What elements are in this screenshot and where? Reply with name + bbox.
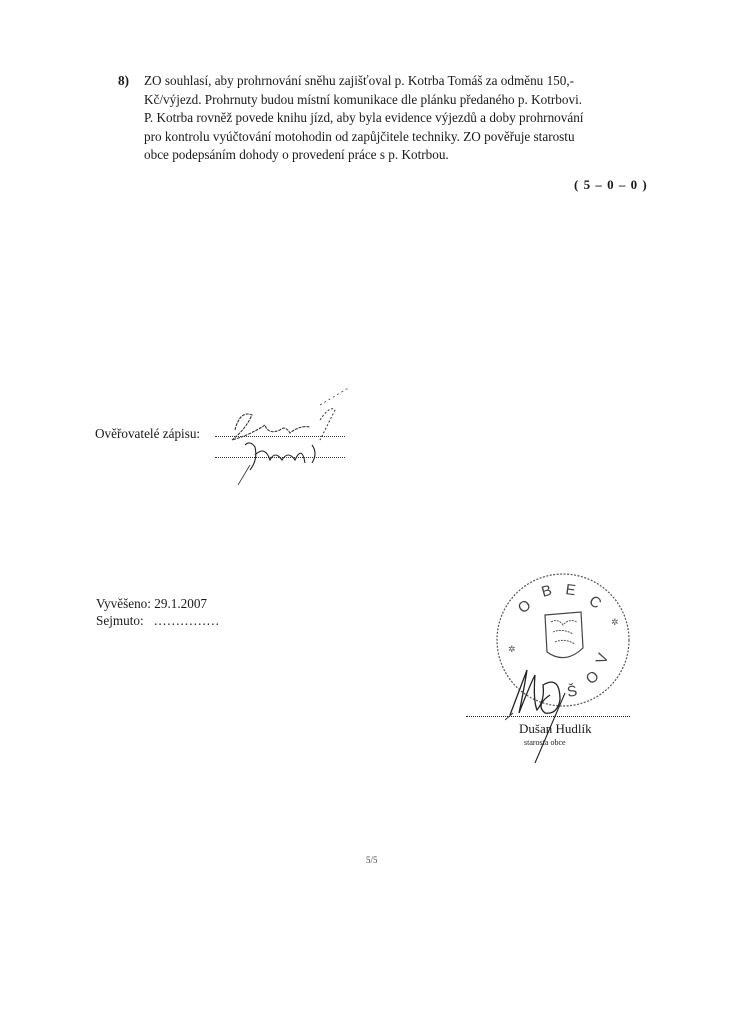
svg-text:O: O	[583, 668, 603, 689]
resolution-item-8: 8) ZO souhlasí, aby prohrnování sněhu za…	[118, 72, 658, 165]
posting-info: Vyvěšeno: 29.1.2007 Sejmuto: ……………	[96, 595, 219, 629]
vote-result: ( 5 – 0 – 0 )	[574, 177, 648, 193]
item-text-line: pro kontrolu vyúčtování motohodin od zap…	[144, 128, 658, 147]
posted-date: 29.1.2007	[154, 596, 207, 611]
svg-text:E: E	[564, 581, 576, 599]
mayor-signature	[505, 655, 585, 765]
stamp-letter: O	[515, 597, 535, 618]
svg-text:V: V	[593, 651, 612, 666]
verifiers-label: Ověřovatelé zápisu:	[95, 426, 200, 442]
mayor-name: Dušan Hudlík	[519, 721, 592, 737]
mayor-title: starosta obce	[524, 738, 566, 747]
mayor-signature-line	[466, 716, 630, 717]
svg-text:B: B	[540, 582, 554, 601]
item-number: 8)	[118, 72, 129, 91]
item-text-line: Kč/výjezd. Prohrnuty budou místní komuni…	[144, 91, 658, 110]
item-text-line: ZO souhlasí, aby prohrnování sněhu zajiš…	[144, 72, 658, 91]
item-text-line: obce podepsáním dohody o provedení práce…	[144, 146, 658, 165]
svg-text:✲: ✲	[611, 617, 619, 627]
svg-text:✲: ✲	[508, 644, 516, 654]
page-number: 5/5	[366, 855, 378, 865]
removed-value: ……………	[154, 613, 220, 628]
item-text-line: P. Kotrba rovněž povede knihu jízd, aby …	[144, 109, 658, 128]
removed-label: Sejmuto:	[96, 613, 144, 628]
verifier-signatures	[210, 385, 360, 490]
svg-text:C: C	[586, 592, 605, 612]
posted-label: Vyvěšeno:	[96, 596, 151, 611]
